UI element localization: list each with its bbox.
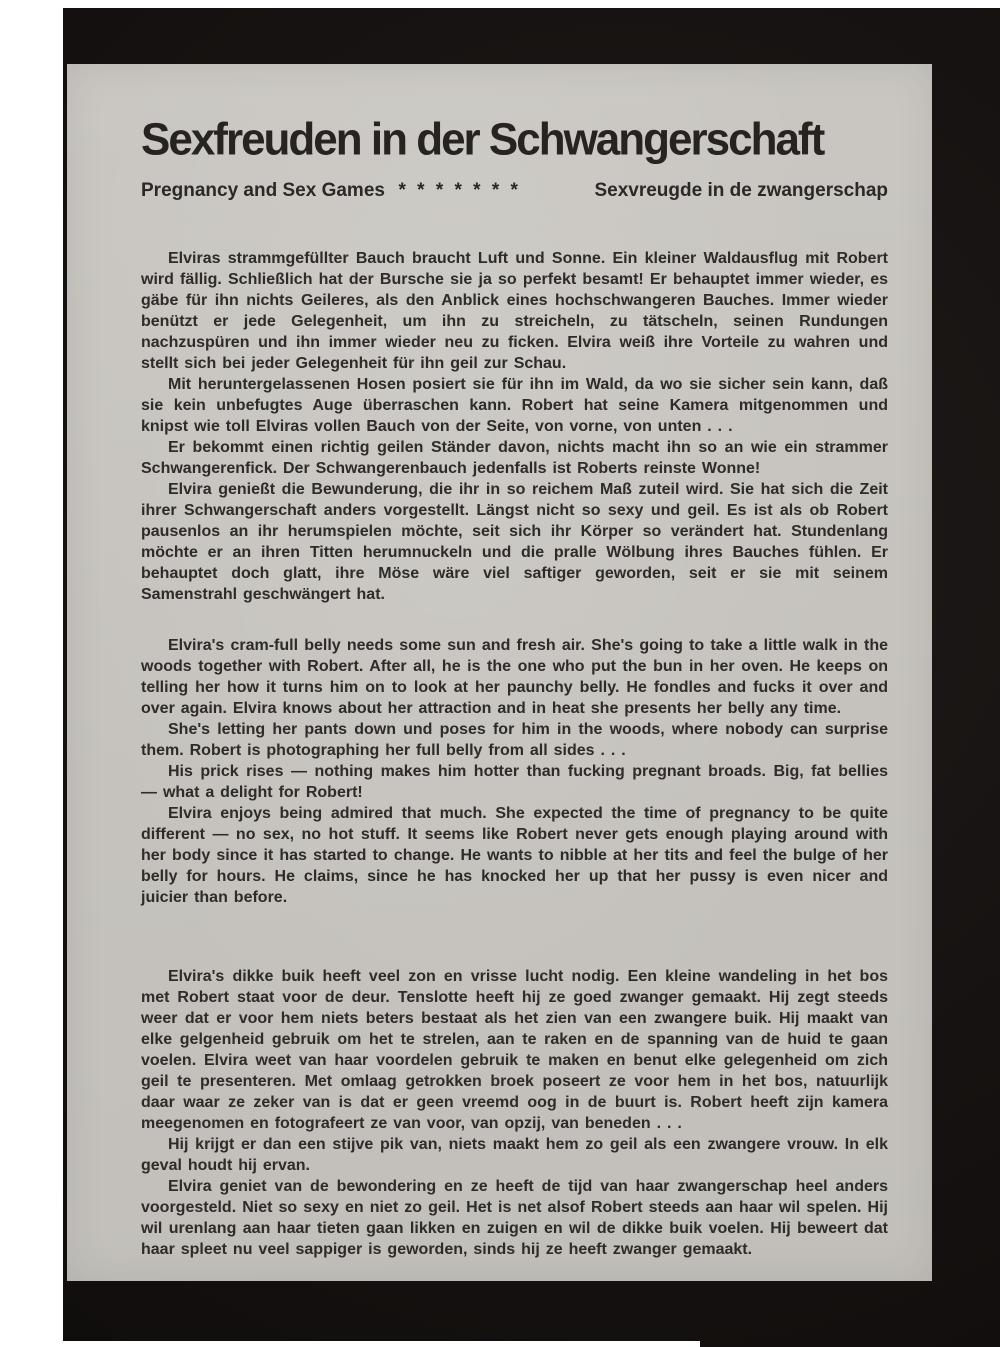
paragraph: Elvira's cram-full belly needs some sun … [141, 635, 888, 719]
subtitle-english: Pregnancy and Sex Games [141, 180, 385, 202]
paragraph: Elvira's dikke buik heeft veel zon en vr… [141, 966, 888, 1134]
paragraph: Er bekommt einen richtig geilen Ständer … [141, 437, 888, 479]
paragraph: Elvira geniet van de bewondering en ze h… [141, 1176, 888, 1260]
page-title: Sexfreuden in der Schwangerschaft [141, 114, 888, 166]
paragraph: Elvira genießt die Bewunderung, die ihr … [141, 479, 888, 605]
asterisk-separator: * * * * * * * [398, 180, 580, 202]
paragraph: His prick rises — nothing makes him hott… [141, 761, 888, 803]
paragraph: Hij krijgt er dan een stijve pik van, ni… [141, 1134, 888, 1176]
german-text-block: Elviras strammgefüllter Bauch braucht Lu… [141, 248, 888, 605]
scanner-margin-bottom [0, 1341, 700, 1347]
magazine-page: Sexfreuden in der Schwangerschaft Pregna… [67, 64, 932, 1281]
page-content: Sexfreuden in der Schwangerschaft Pregna… [67, 64, 932, 1260]
paragraph: She's letting her pants down und poses f… [141, 719, 888, 761]
subtitle-dutch: Sexvreugde in de zwangerschap [594, 180, 888, 202]
paragraph: Elvira enjoys being admired that much. S… [141, 803, 888, 908]
subtitle-row: Pregnancy and Sex Games * * * * * * * Se… [141, 180, 888, 202]
english-text-block: Elvira's cram-full belly needs some sun … [141, 635, 888, 908]
dutch-text-block: Elvira's dikke buik heeft veel zon en vr… [141, 966, 888, 1260]
paragraph: Elviras strammgefüllter Bauch braucht Lu… [141, 248, 888, 374]
paragraph: Mit heruntergelassenen Hosen posiert sie… [141, 374, 888, 437]
